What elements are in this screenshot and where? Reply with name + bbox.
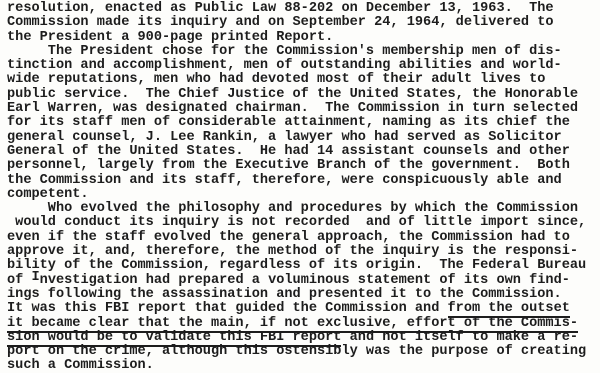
- text-segment: the Commission and its staff, therefore,…: [7, 173, 562, 188]
- text-segment: general counsel, J. Lee Rankin, a lawyer…: [7, 130, 562, 145]
- text-segment: even if the staff evolved the general ap…: [7, 230, 570, 245]
- text-line: even if the staff evolved the general ap…: [7, 231, 600, 245]
- text-line: tinction and accomplishment, men of outs…: [7, 59, 600, 73]
- text-line: General of the United States. He had 14 …: [7, 145, 600, 159]
- text-segment: of: [7, 273, 31, 288]
- text-line: Earl Warren, was designated chairman. Th…: [7, 102, 600, 116]
- document-page: resolution, enacted as Public Law 88-202…: [0, 0, 600, 373]
- text-line: public service. The Chief Justice of the…: [7, 88, 600, 102]
- text-segment: The President chose for the Commission's…: [7, 44, 562, 59]
- text-segment: tinction and accomplishment, men of outs…: [7, 58, 562, 73]
- text-line: general counsel, J. Lee Rankin, a lawyer…: [7, 131, 600, 145]
- text-line: it became clear that the main, if not ex…: [7, 317, 600, 331]
- text-line: such a Commission.: [7, 359, 600, 373]
- text-line: Who evolved the philosophy and procedure…: [7, 202, 600, 216]
- text-segment: resolution, enacted as Public Law 88-202…: [7, 1, 554, 16]
- text-segment: public service. The Chief Justice of the…: [7, 87, 578, 102]
- text-line: It was this FBI report that guided the C…: [7, 302, 600, 316]
- text-segment: ings following the assassination and pre…: [7, 287, 562, 302]
- text-line: The President chose for the Commission's…: [7, 45, 600, 59]
- text-segment: personnel, largely from the Executive Br…: [7, 158, 570, 173]
- text-segment: for its staff men of considerable attain…: [7, 115, 570, 130]
- text-line: the President a 900-page printed Report.: [7, 31, 600, 45]
- text-segment: and not itself to make a re-: [341, 330, 578, 345]
- text-segment: General of the United States. He had 14 …: [7, 144, 570, 159]
- document-text: resolution, enacted as Public Law 88-202…: [7, 2, 600, 373]
- text-line: port on the crime, although this ostensi…: [7, 345, 600, 359]
- text-segment: Who evolved the philosophy and procedure…: [7, 201, 578, 216]
- text-segment: It was this FBI report that guided the C…: [7, 301, 448, 316]
- text-segment: the President a 900-page printed Report.: [7, 30, 333, 45]
- text-line: the Commission and its staff, therefore,…: [7, 174, 600, 188]
- text-line: wide reputations, men who had devoted mo…: [7, 73, 600, 87]
- text-line: resolution, enacted as Public Law 88-202…: [7, 2, 600, 16]
- text-line: personnel, largely from the Executive Br…: [7, 159, 600, 173]
- text-segment: Earl Warren, was designated chairman. Th…: [7, 101, 578, 116]
- text-segment: would conduct its inquiry is not recorde…: [7, 215, 586, 230]
- text-line: sion would be to validate this FBI repor…: [7, 331, 600, 345]
- text-line: competent.: [7, 188, 600, 202]
- text-segment: competent.: [7, 187, 89, 202]
- text-segment: wide reputations, men who had devoted mo…: [7, 72, 545, 87]
- text-segment: approve it, and, therefore, the method o…: [7, 244, 578, 259]
- text-segment: bility of the Commission, regardless of …: [7, 258, 586, 273]
- text-segment: Commission made its inquiry and on Septe…: [7, 15, 554, 30]
- text-line: ings following the assassination and pre…: [7, 288, 600, 302]
- text-segment: nvestigation had prepared a voluminous s…: [40, 273, 570, 288]
- text-segment: such a Commission.: [7, 358, 154, 373]
- text-line: would conduct its inquiry is not recorde…: [7, 216, 600, 230]
- text-line: bility of the Commission, regardless of …: [7, 259, 600, 273]
- text-segment: port on the crime, although this ostensi…: [7, 344, 586, 359]
- text-line: of Investigation had prepared a volumino…: [7, 274, 600, 288]
- text-line: for its staff men of considerable attain…: [7, 116, 600, 130]
- text-segment: I: [31, 271, 39, 285]
- text-line: approve it, and, therefore, the method o…: [7, 245, 600, 259]
- text-line: Commission made its inquiry and on Septe…: [7, 16, 600, 30]
